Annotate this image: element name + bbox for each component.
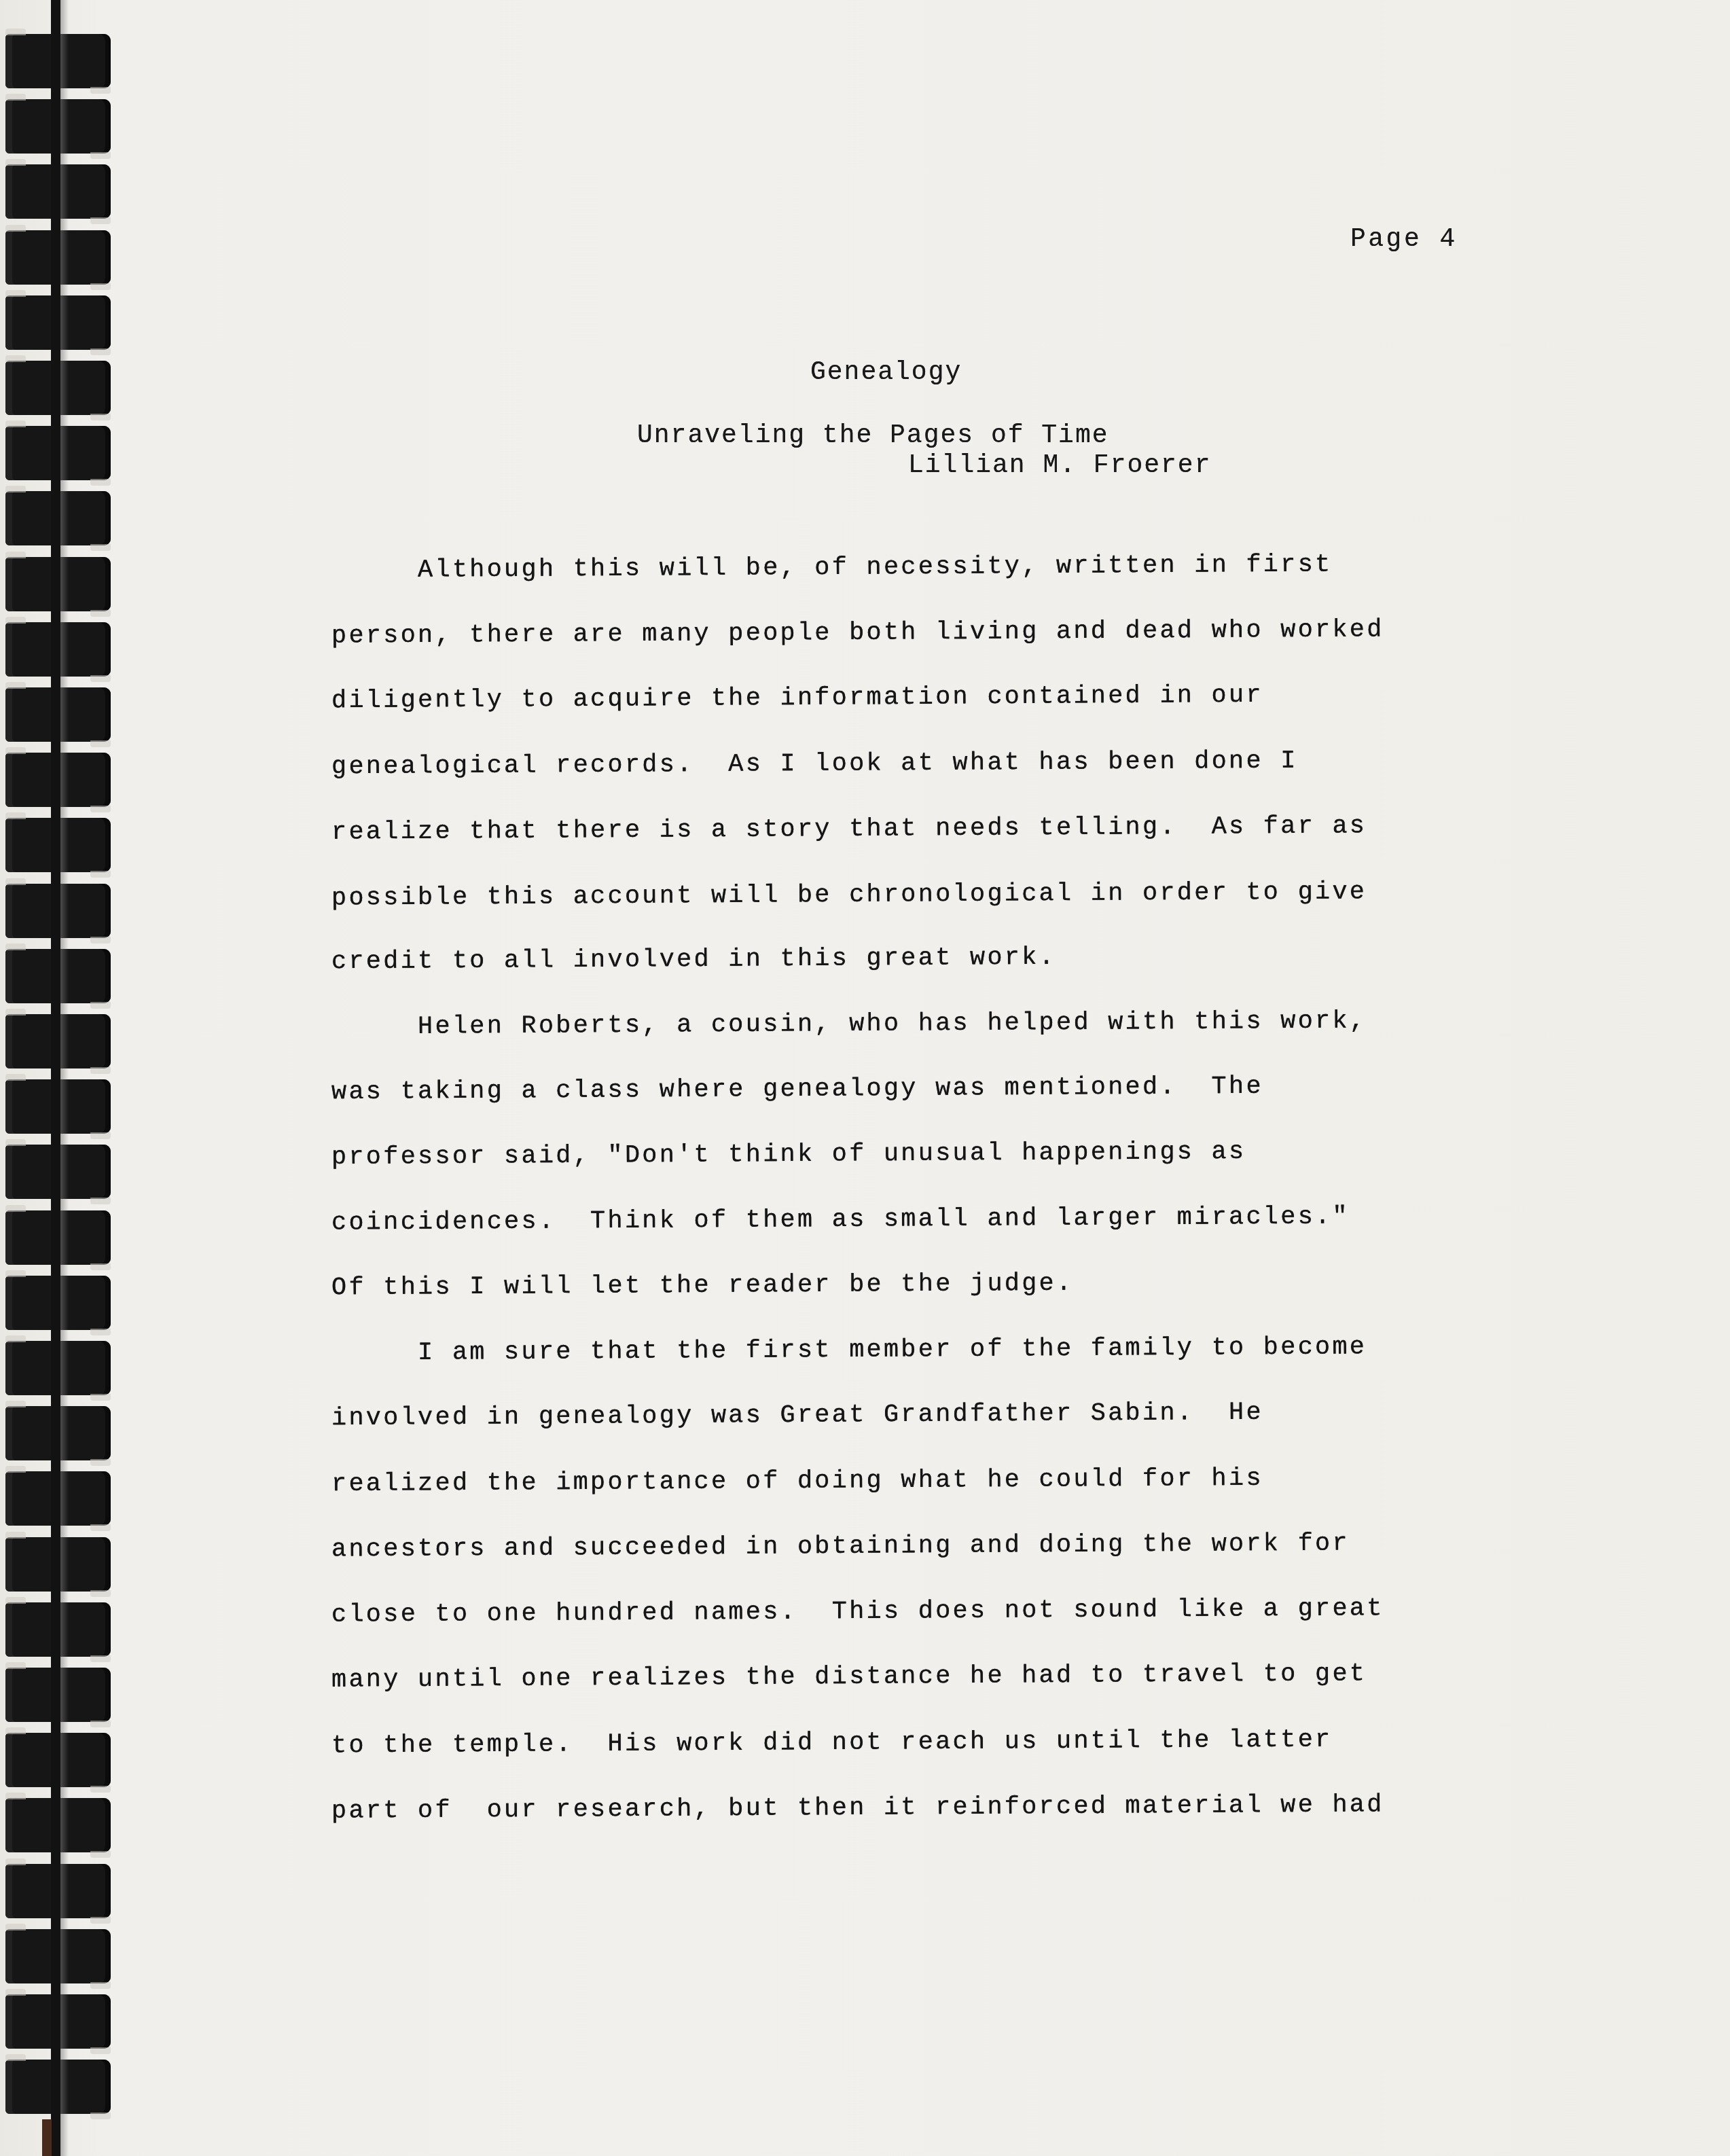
document-title: Genealogy [810, 360, 962, 386]
body-line: ancestors and succeeded in obtaining and… [331, 1531, 1350, 1562]
paper-page: Page 4 Genealogy Unraveling the Pages of… [0, 0, 1730, 2156]
body-line: to the temple. His work did not reach us… [331, 1728, 1333, 1759]
body-line: professor said, "Don't think of unusual … [331, 1140, 1246, 1170]
body-line: possible this account will be chronologi… [331, 880, 1367, 911]
body-line: realize that there is a story that needs… [331, 814, 1367, 845]
body-line: Although this will be, of necessity, wri… [331, 553, 1333, 584]
body-line: person, there are many people both livin… [331, 617, 1384, 649]
body-line: realized the importance of doing what he… [331, 1467, 1263, 1497]
binding-spine [51, 0, 60, 2156]
body-line: coincidences. Think of them as small and… [331, 1204, 1350, 1236]
body-line: I am sure that the first member of the f… [331, 1335, 1367, 1366]
body-line: credit to all involved in this great wor… [331, 946, 1056, 975]
body-line: involved in genealogy was Great Grandfat… [331, 1401, 1263, 1431]
body-line: part of our research, but then it reinfo… [331, 1793, 1384, 1824]
body-line: many until one realizes the distance he … [331, 1661, 1367, 1693]
body-line: diligently to acquire the information co… [331, 683, 1263, 714]
body-line: genealogical records. As I look at what … [331, 749, 1298, 780]
page-number: Page 4 [1350, 227, 1458, 253]
document-author: Lillian M. Froerer [908, 453, 1211, 479]
body-line: Of this I will let the reader be the jud… [331, 1272, 1074, 1301]
binding-shadow [60, 0, 69, 2156]
document-subtitle: Unraveling the Pages of Time [637, 423, 1109, 449]
body-line: close to one hundred names. This does no… [331, 1596, 1384, 1628]
binding-spine-end [42, 2119, 52, 2156]
body-line: was taking a class where genealogy was m… [331, 1075, 1263, 1105]
body-line: Helen Roberts, a cousin, who has helped … [331, 1009, 1367, 1040]
